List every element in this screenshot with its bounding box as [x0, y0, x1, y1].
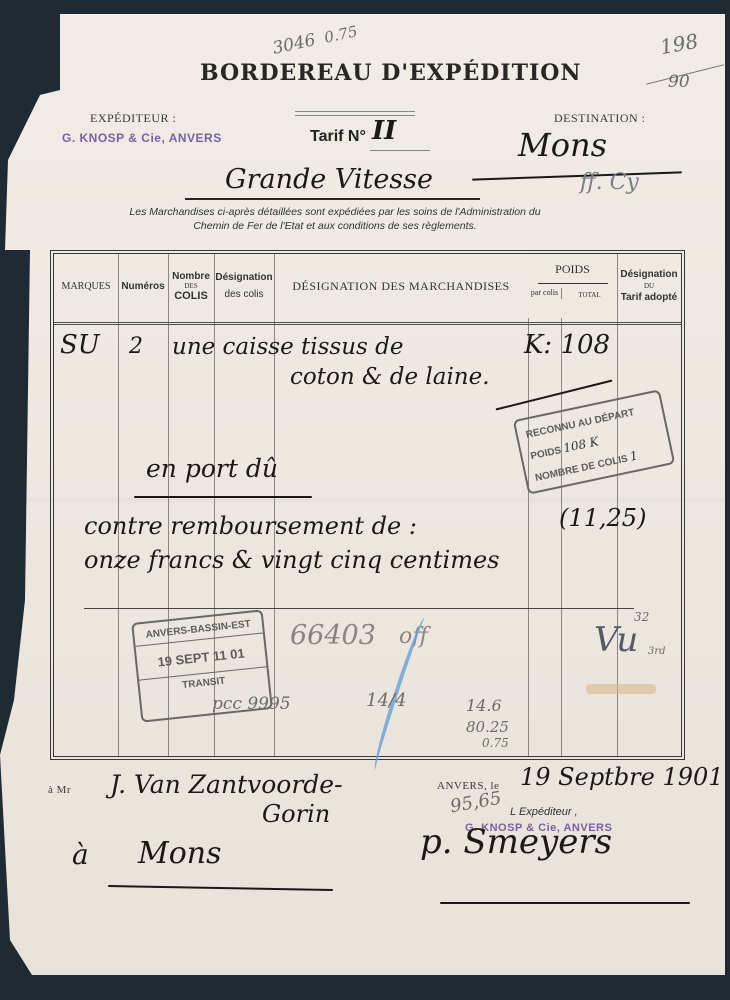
recipient-flourish — [108, 885, 333, 891]
stain — [586, 684, 656, 694]
recipient-prefix: à Mr — [48, 784, 71, 796]
header-tarif-adopte: Désignation DU Tarif adopté — [617, 254, 681, 318]
tarif-label: Tarif N° — [310, 128, 366, 146]
speed-rule — [185, 198, 480, 200]
recipient-city: Mons — [138, 836, 222, 871]
entry-numero: 2 — [129, 334, 143, 359]
expediteur-label: EXPÉDITEUR : — [90, 111, 176, 126]
pencil-tarif-top: 32 — [634, 610, 649, 624]
header-tarif-mid: DU — [644, 282, 654, 290]
header-poids-total: TOTAL — [562, 288, 617, 299]
tarif-value: II — [372, 116, 396, 146]
intro-line-1: Les Marchandises ci-après détaillées son… — [120, 205, 550, 219]
poids-rule — [538, 283, 608, 284]
header-poids: POIDS par colis TOTAL — [528, 254, 617, 318]
shipping-document: 3046 0.75 198 90 BORDEREAU D'EXPÉDITION … — [0, 0, 730, 1000]
header-numeros: Numéros — [118, 254, 168, 318]
entry-port: en port dû — [146, 454, 278, 483]
pencil-fraction: 14/4 — [366, 690, 406, 711]
header-tarif-top: Désignation — [620, 269, 677, 280]
signature-flourish — [440, 902, 690, 904]
fraction-numerator: 198 — [658, 29, 700, 59]
entry-remboursement-amount: (11,25) — [559, 504, 646, 532]
entry-poids: K: 108 — [524, 330, 610, 360]
recipient-city-prefix: à — [72, 838, 89, 871]
pencil-calc-1: 14.6 — [466, 696, 502, 715]
header-designation-colis-top: Désignation — [215, 272, 272, 283]
speed-value: Grande Vitesse — [225, 164, 433, 195]
stamp-recu-poids-value: 108 K — [562, 434, 600, 455]
header-nombre-top: Nombre — [172, 271, 210, 282]
tarif-rule — [370, 150, 430, 151]
sender-label: L Expéditeur , — [510, 806, 578, 818]
signature: p. Smeyers — [420, 822, 612, 862]
header-poids-par-colis: par colis — [528, 288, 562, 299]
entry-description-1: une caisse tissus de — [172, 334, 404, 360]
pencil-calc-2: 80.25 — [466, 718, 509, 736]
entry-marque: SU — [60, 330, 100, 360]
entry-remboursement-1: contre remboursement de : — [84, 512, 417, 540]
pencil-calc-3: 0.75 — [482, 736, 509, 750]
intro-text: Les Marchandises ci-après détaillées son… — [120, 205, 550, 233]
destination-flourish — [472, 171, 682, 180]
entry-remboursement-2: onze francs & vingt cinq centimes — [84, 546, 499, 574]
header-nombre-mid: DES — [184, 282, 197, 290]
recipient-name: J. Van Zantvoorde- — [110, 770, 343, 799]
table-header: MARQUES Numéros Nombre DES COLIS Désigna… — [54, 254, 681, 325]
pencil-date-note: 95,65 — [449, 788, 503, 818]
goods-table: MARQUES Numéros Nombre DES COLIS Désigna… — [50, 250, 685, 760]
entry-end-rule — [84, 608, 634, 609]
pencil-number: 66403 — [290, 620, 376, 651]
stamp-recu-poids-label: POIDS — [530, 445, 563, 462]
destination-value: Mons — [518, 126, 607, 164]
stamp-recu-colis-value: 1 — [629, 448, 639, 463]
date-value: 19 Septbre 1901 — [520, 763, 724, 791]
pencil-note-top: 3046 0.75 — [271, 21, 359, 58]
destination-pencil-mark: ff. Cy — [580, 170, 639, 195]
title-rule — [295, 111, 415, 116]
header-marques: MARQUES — [54, 254, 118, 318]
pencil-tarif-sub: 3rd — [648, 646, 666, 657]
pencil-note-amount: 0.75 — [323, 22, 359, 47]
pencil-left-note: pcc 9995 — [212, 694, 291, 714]
header-nombre-bottom: COLIS — [174, 290, 208, 302]
pencil-note-number: 3046 — [271, 30, 317, 59]
destination-label: DESTINATION : — [554, 111, 646, 126]
pencil-tarif-mark: Vu — [594, 620, 638, 660]
header-tarif-bottom: Tarif adopté — [621, 292, 677, 303]
entry-port-rule — [134, 496, 312, 498]
pencil-fraction-top-right: 198 — [658, 29, 700, 59]
header-nombre-colis: Nombre DES COLIS — [168, 254, 214, 318]
header-designation-colis: Désignation des colis — [214, 254, 274, 318]
recipient-name-2: Gorin — [262, 800, 330, 828]
entry-description-2: coton & de laine. — [290, 364, 490, 390]
intro-line-2: Chemin de Fer de l'Etat et aux condition… — [120, 219, 550, 233]
header-poids-label: POIDS — [555, 262, 590, 277]
header-designation-colis-bottom: des colis — [225, 289, 264, 300]
expediteur-stamp: G. KNOSP & Cie, ANVERS — [62, 131, 222, 145]
fraction-denominator: 90 — [668, 72, 690, 92]
header-designation-marchandises: DÉSIGNATION DES MARCHANDISES — [274, 254, 528, 318]
document-title: BORDEREAU D'EXPÉDITION — [200, 60, 582, 86]
